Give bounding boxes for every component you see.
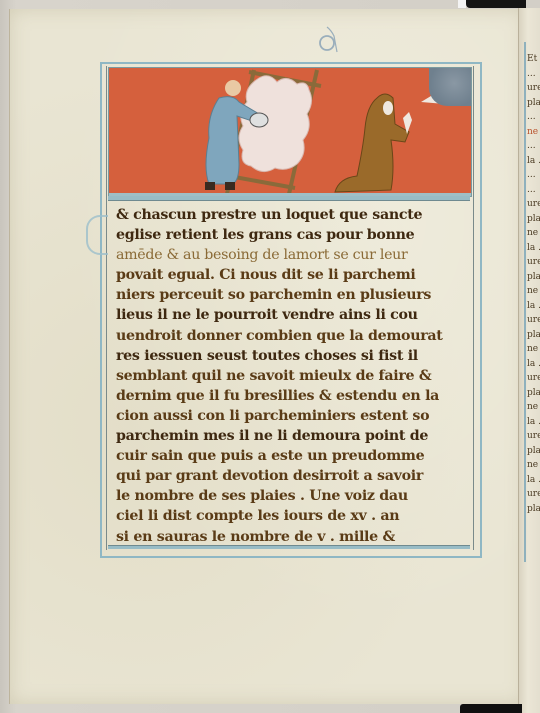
text-line: uendroit donner combien que la demourat	[116, 326, 466, 346]
kneeling-figure-icon	[335, 94, 412, 192]
facing-page-frame-line	[524, 42, 526, 562]
text-line: parchemin mes il ne li demoura point de	[116, 426, 466, 446]
miniature-divider	[108, 196, 470, 201]
text-line: cion aussi con li parcheminiers estent s…	[116, 406, 466, 426]
parchment-frame-icon	[227, 70, 321, 194]
text-line: eglise retient les grans cas pour bonne	[116, 225, 466, 245]
illuminated-miniature	[108, 67, 472, 197]
text-line: ciel li dist compte les iours de xv . an	[116, 506, 466, 526]
text-line: amēde & au besoing de lamort se cur leur	[116, 245, 466, 265]
margin-flourish-icon	[86, 215, 108, 255]
binding-shadow-top	[466, 0, 526, 8]
text-line: le nombre de ses plaies . Une voiz dau	[116, 486, 466, 506]
text-line: niers perceuit so parchemin en plusieurs	[116, 285, 466, 305]
text-line: lieus il ne le pourroit vendre ains li c…	[116, 305, 466, 325]
binding-shadow-bottom	[460, 704, 522, 713]
facing-page-edge: Et ... ... ure a plaiss ... ne a ... la …	[518, 8, 540, 713]
text-line: si en sauras le nombre de v . mille &	[116, 527, 466, 547]
edge-strip	[458, 0, 466, 8]
text-frame-bottom	[108, 545, 470, 549]
miniature-scene-icon	[109, 68, 471, 196]
facing-page-text: Et ... ... ure a plaiss ... ne a ... la …	[527, 52, 540, 522]
text-line: res iessuen seust toutes choses si fist …	[116, 346, 466, 366]
text-line: dernim que il fu bresillies & estendu en…	[116, 386, 466, 406]
text-line: cuir sain que puis a este un preudomme	[116, 446, 466, 466]
text-line: & chascun prestre un loquet que sancte	[116, 205, 466, 225]
gathering-mark-icon	[317, 24, 339, 54]
text-line: semblant quil ne savoit mieulx de faire …	[116, 366, 466, 386]
text-line: povait egual. Ci nous dit se li parchemi	[116, 265, 466, 285]
text-line: qui par grant devotion desirroit a savoi…	[116, 466, 466, 486]
cloud-icon	[429, 68, 471, 106]
manuscript-text-column: & chascun prestre un loquet que sancte e…	[116, 205, 466, 547]
